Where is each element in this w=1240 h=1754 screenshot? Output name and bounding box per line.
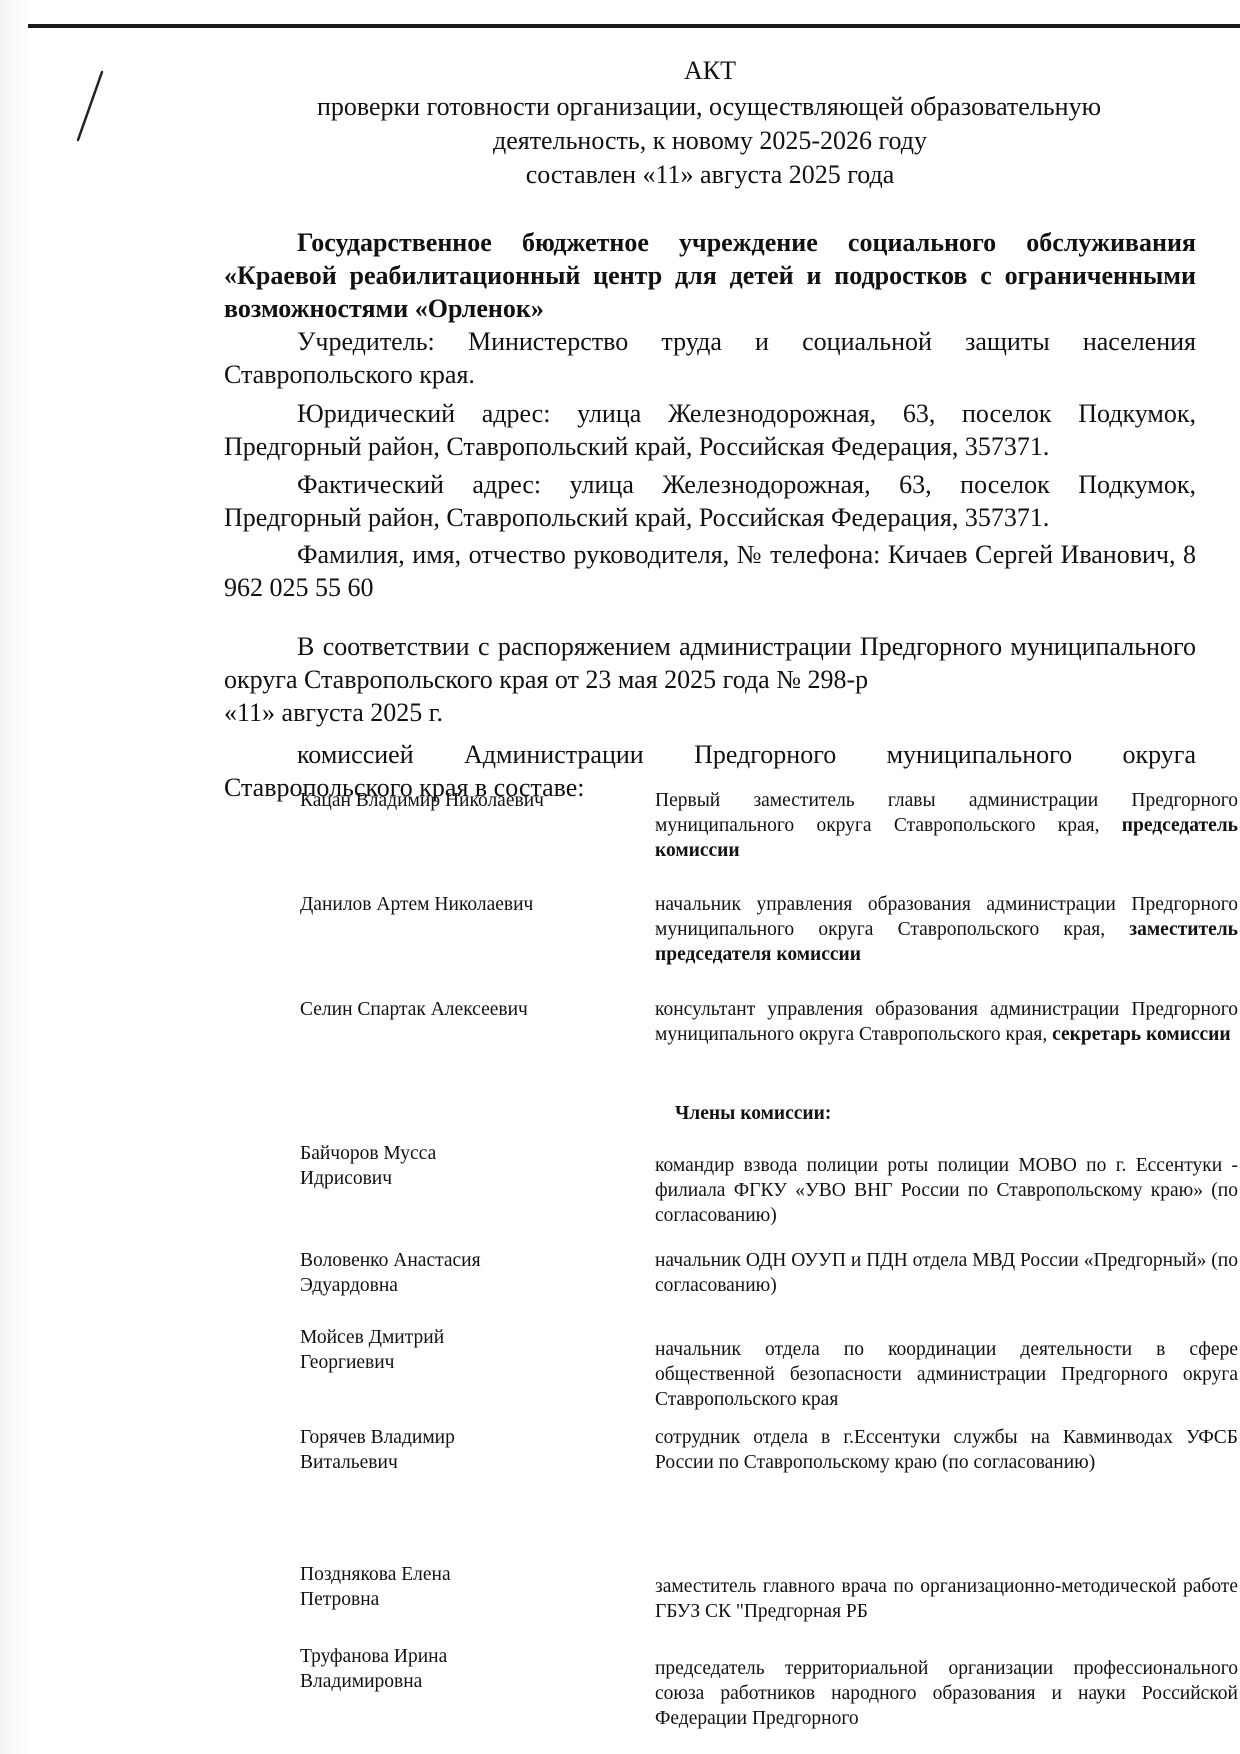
pen-mark-icon [74,70,106,144]
director-info: Фамилия, имя, отчество руководителя, № т… [224,538,1196,604]
member-name: Данилов Артем Николаевич [300,892,600,917]
member-name: Кацан Владимир Николаевич [300,788,600,813]
scan-edge-shadow [0,0,30,1754]
member-name: Горячев Владимир Витальевич [300,1425,500,1475]
order-paragraph: В соответствии с распоряжением администр… [224,630,1196,696]
actual-address: Фактический адрес: улица Железнодорожная… [224,468,1196,534]
member-name: Селин Спартак Алексеевич [300,997,600,1022]
member-name: Мойсев Дмитрий Георгиевич [300,1325,480,1375]
member-position: заместитель главного врача по организаци… [655,1574,1238,1624]
scan-top-edge [28,24,1240,28]
member-position: председатель территориальной организации… [655,1656,1238,1731]
members-heading: Члены комиссии: [675,1103,831,1125]
member-position: консультант управления образования админ… [655,997,1238,1047]
order-date: «11» августа 2025 г. [224,696,1196,729]
member-position: Первый заместитель главы администрации П… [655,788,1238,863]
subtitle-line-3: составлен «11» августа 2025 года [224,160,1196,190]
subtitle-line-1: проверки готовности организации, осущест… [204,92,1214,122]
member-position: начальник отдела по координации деятельн… [655,1337,1238,1412]
subtitle-line-2: деятельность, к новому 2025-2026 году [224,126,1196,156]
member-name: Байчоров Мусса Идрисович [300,1141,470,1191]
member-name: Труфанова Ирина Владимировна [300,1644,500,1694]
member-position: начальник ОДН ОУУП и ПДН отдела МВД Росс… [655,1248,1238,1298]
member-name: Воловенко Анастасия Эдуардовна [300,1248,540,1298]
document-title: АКТ [224,56,1196,86]
founder: Учредитель: Министерство труда и социаль… [224,325,1196,391]
member-position: командир взвода полиции роты полиции МОВ… [655,1153,1238,1228]
member-position: начальник управления образования админис… [655,892,1238,967]
member-position: сотрудник отдела в г.Ессентуки службы на… [655,1425,1238,1475]
organization-name: Государственное бюджетное учреждение соц… [224,226,1196,325]
member-name: Позднякова Елена Петровна [300,1562,500,1612]
legal-address: Юридический адрес: улица Железнодорожная… [224,397,1196,463]
